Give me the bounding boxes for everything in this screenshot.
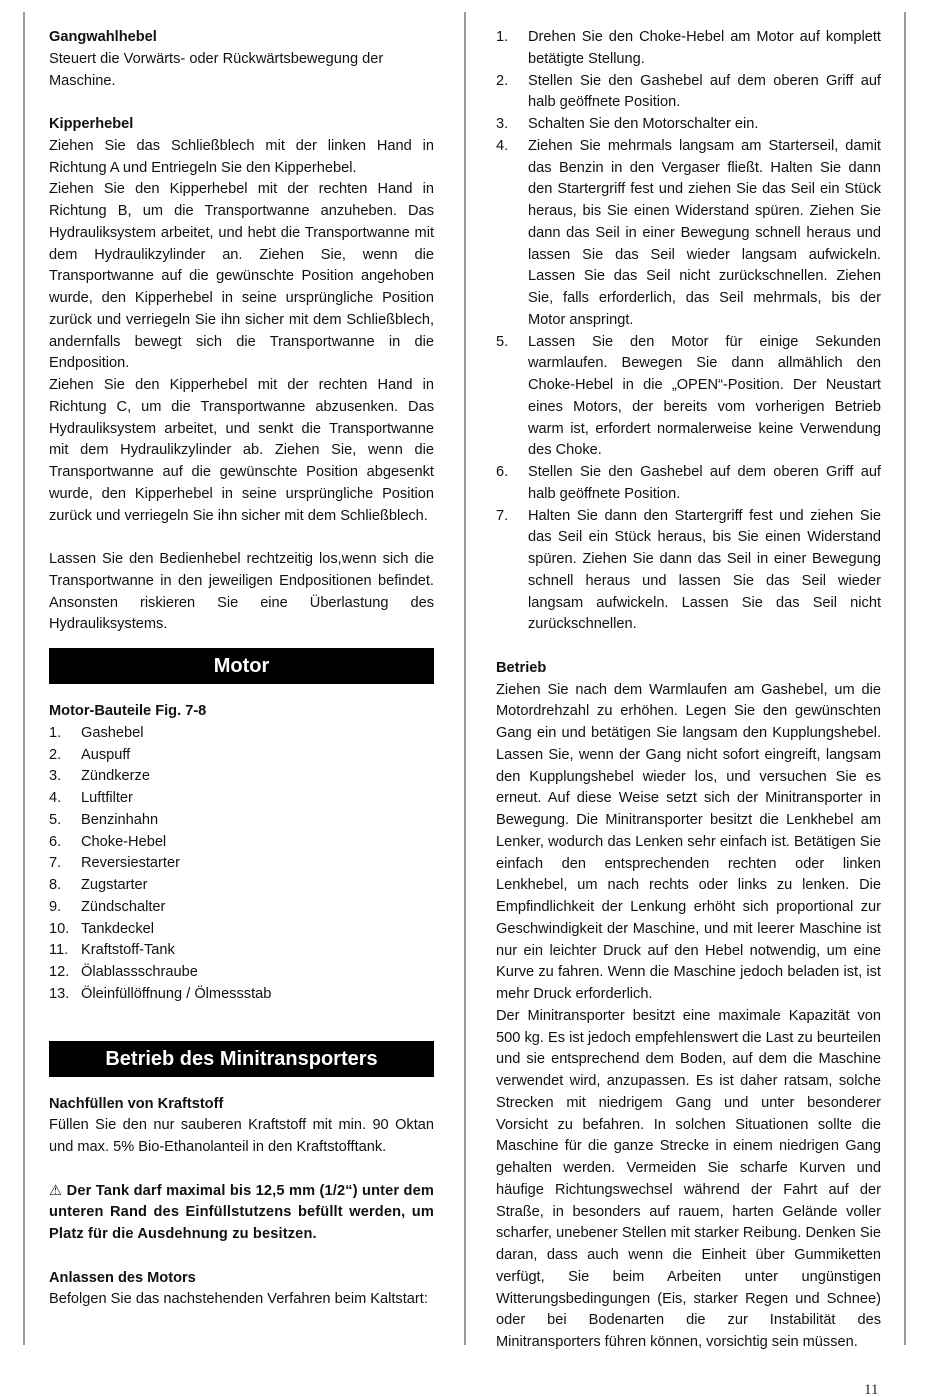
- gangwahlhebel-text: Steuert die Vorwärts- oder Rückwärtsbewe…: [49, 49, 434, 93]
- motor-components-heading: Motor-Bauteile Fig. 7-8: [49, 701, 434, 723]
- right-page-rule: [904, 12, 906, 1345]
- list-item: 8.Zugstarter: [49, 875, 434, 897]
- list-item: 4.Luftfilter: [49, 788, 434, 810]
- start-engine-text: Befolgen Sie das nachstehenden Verfahren…: [49, 1289, 434, 1311]
- list-item: 10.Tankdeckel: [49, 919, 434, 941]
- section-title-betrieb: Betrieb des Minitransporters: [49, 1041, 434, 1077]
- left-column: Gangwahlhebel Steuert die Vorwärts- oder…: [49, 27, 434, 1311]
- list-item: 7.Reversiestarter: [49, 853, 434, 875]
- right-column: 1.Drehen Sie den Choke-Hebel am Motor au…: [496, 27, 881, 1354]
- list-item: 6.Choke-Hebel: [49, 832, 434, 854]
- page-number: 11: [864, 1380, 878, 1397]
- list-item: 5.Benzinhahn: [49, 810, 434, 832]
- kipperhebel-note: Lassen Sie den Bedienhebel rechtzeitig l…: [49, 549, 434, 636]
- list-item: 3.Zündkerze: [49, 766, 434, 788]
- section-title-motor: Motor: [49, 648, 434, 684]
- list-item: 11.Kraftstoff-Tank: [49, 940, 434, 962]
- list-item: 6.Stellen Sie den Gashebel auf dem obere…: [496, 462, 881, 506]
- betrieb-paragraph: Der Minitransporter besitzt eine maximal…: [496, 1006, 881, 1354]
- list-item: 1.Gashebel: [49, 723, 434, 745]
- betrieb-heading: Betrieb: [496, 658, 881, 680]
- list-item: 5.Lassen Sie den Motor für einige Sekund…: [496, 332, 881, 463]
- motor-components-list: 1.Gashebel 2.Auspuff 3.Zündkerze 4.Luftf…: [49, 723, 434, 1006]
- kipperhebel-paragraph: Ziehen Sie das Schließblech mit der link…: [49, 136, 434, 180]
- list-item: 12.Ölablassschraube: [49, 962, 434, 984]
- list-item: 9.Zündschalter: [49, 897, 434, 919]
- kipperhebel-paragraph: Ziehen Sie den Kipperhebel mit der recht…: [49, 375, 434, 527]
- refuel-text: Füllen Sie den nur sauberen Kraftstoff m…: [49, 1115, 434, 1159]
- list-item: 1.Drehen Sie den Choke-Hebel am Motor au…: [496, 27, 881, 71]
- tank-warning: ⚠ Der Tank darf maximal bis 12,5 mm (1/2…: [49, 1181, 434, 1246]
- refuel-heading: Nachfüllen von Kraftstoff: [49, 1094, 434, 1116]
- list-item: 2.Stellen Sie den Gashebel auf dem obere…: [496, 71, 881, 115]
- kipperhebel-paragraph: Ziehen Sie den Kipperhebel mit der recht…: [49, 179, 434, 375]
- start-engine-heading: Anlassen des Motors: [49, 1268, 434, 1290]
- list-item: 3.Schalten Sie den Motorschalter ein.: [496, 114, 881, 136]
- gangwahlhebel-heading: Gangwahlhebel: [49, 27, 434, 49]
- column-divider-rule: [464, 12, 466, 1345]
- list-item: 4.Ziehen Sie mehrmals langsam am Starter…: [496, 136, 881, 332]
- kipperhebel-heading: Kipperhebel: [49, 114, 434, 136]
- warning-text: Der Tank darf maximal bis 12,5 mm (1/2“)…: [49, 1183, 434, 1243]
- list-item: 13.Öleinfüllöffnung / Ölmessstab: [49, 984, 434, 1006]
- list-item: 2.Auspuff: [49, 745, 434, 767]
- left-page-rule: [23, 12, 25, 1345]
- betrieb-paragraph: Ziehen Sie nach dem Warmlaufen am Gasheb…: [496, 680, 881, 1006]
- warning-triangle-icon: ⚠: [49, 1183, 62, 1199]
- list-item: 7.Halten Sie dann den Startergriff fest …: [496, 506, 881, 637]
- start-steps-list: 1.Drehen Sie den Choke-Hebel am Motor au…: [496, 27, 881, 636]
